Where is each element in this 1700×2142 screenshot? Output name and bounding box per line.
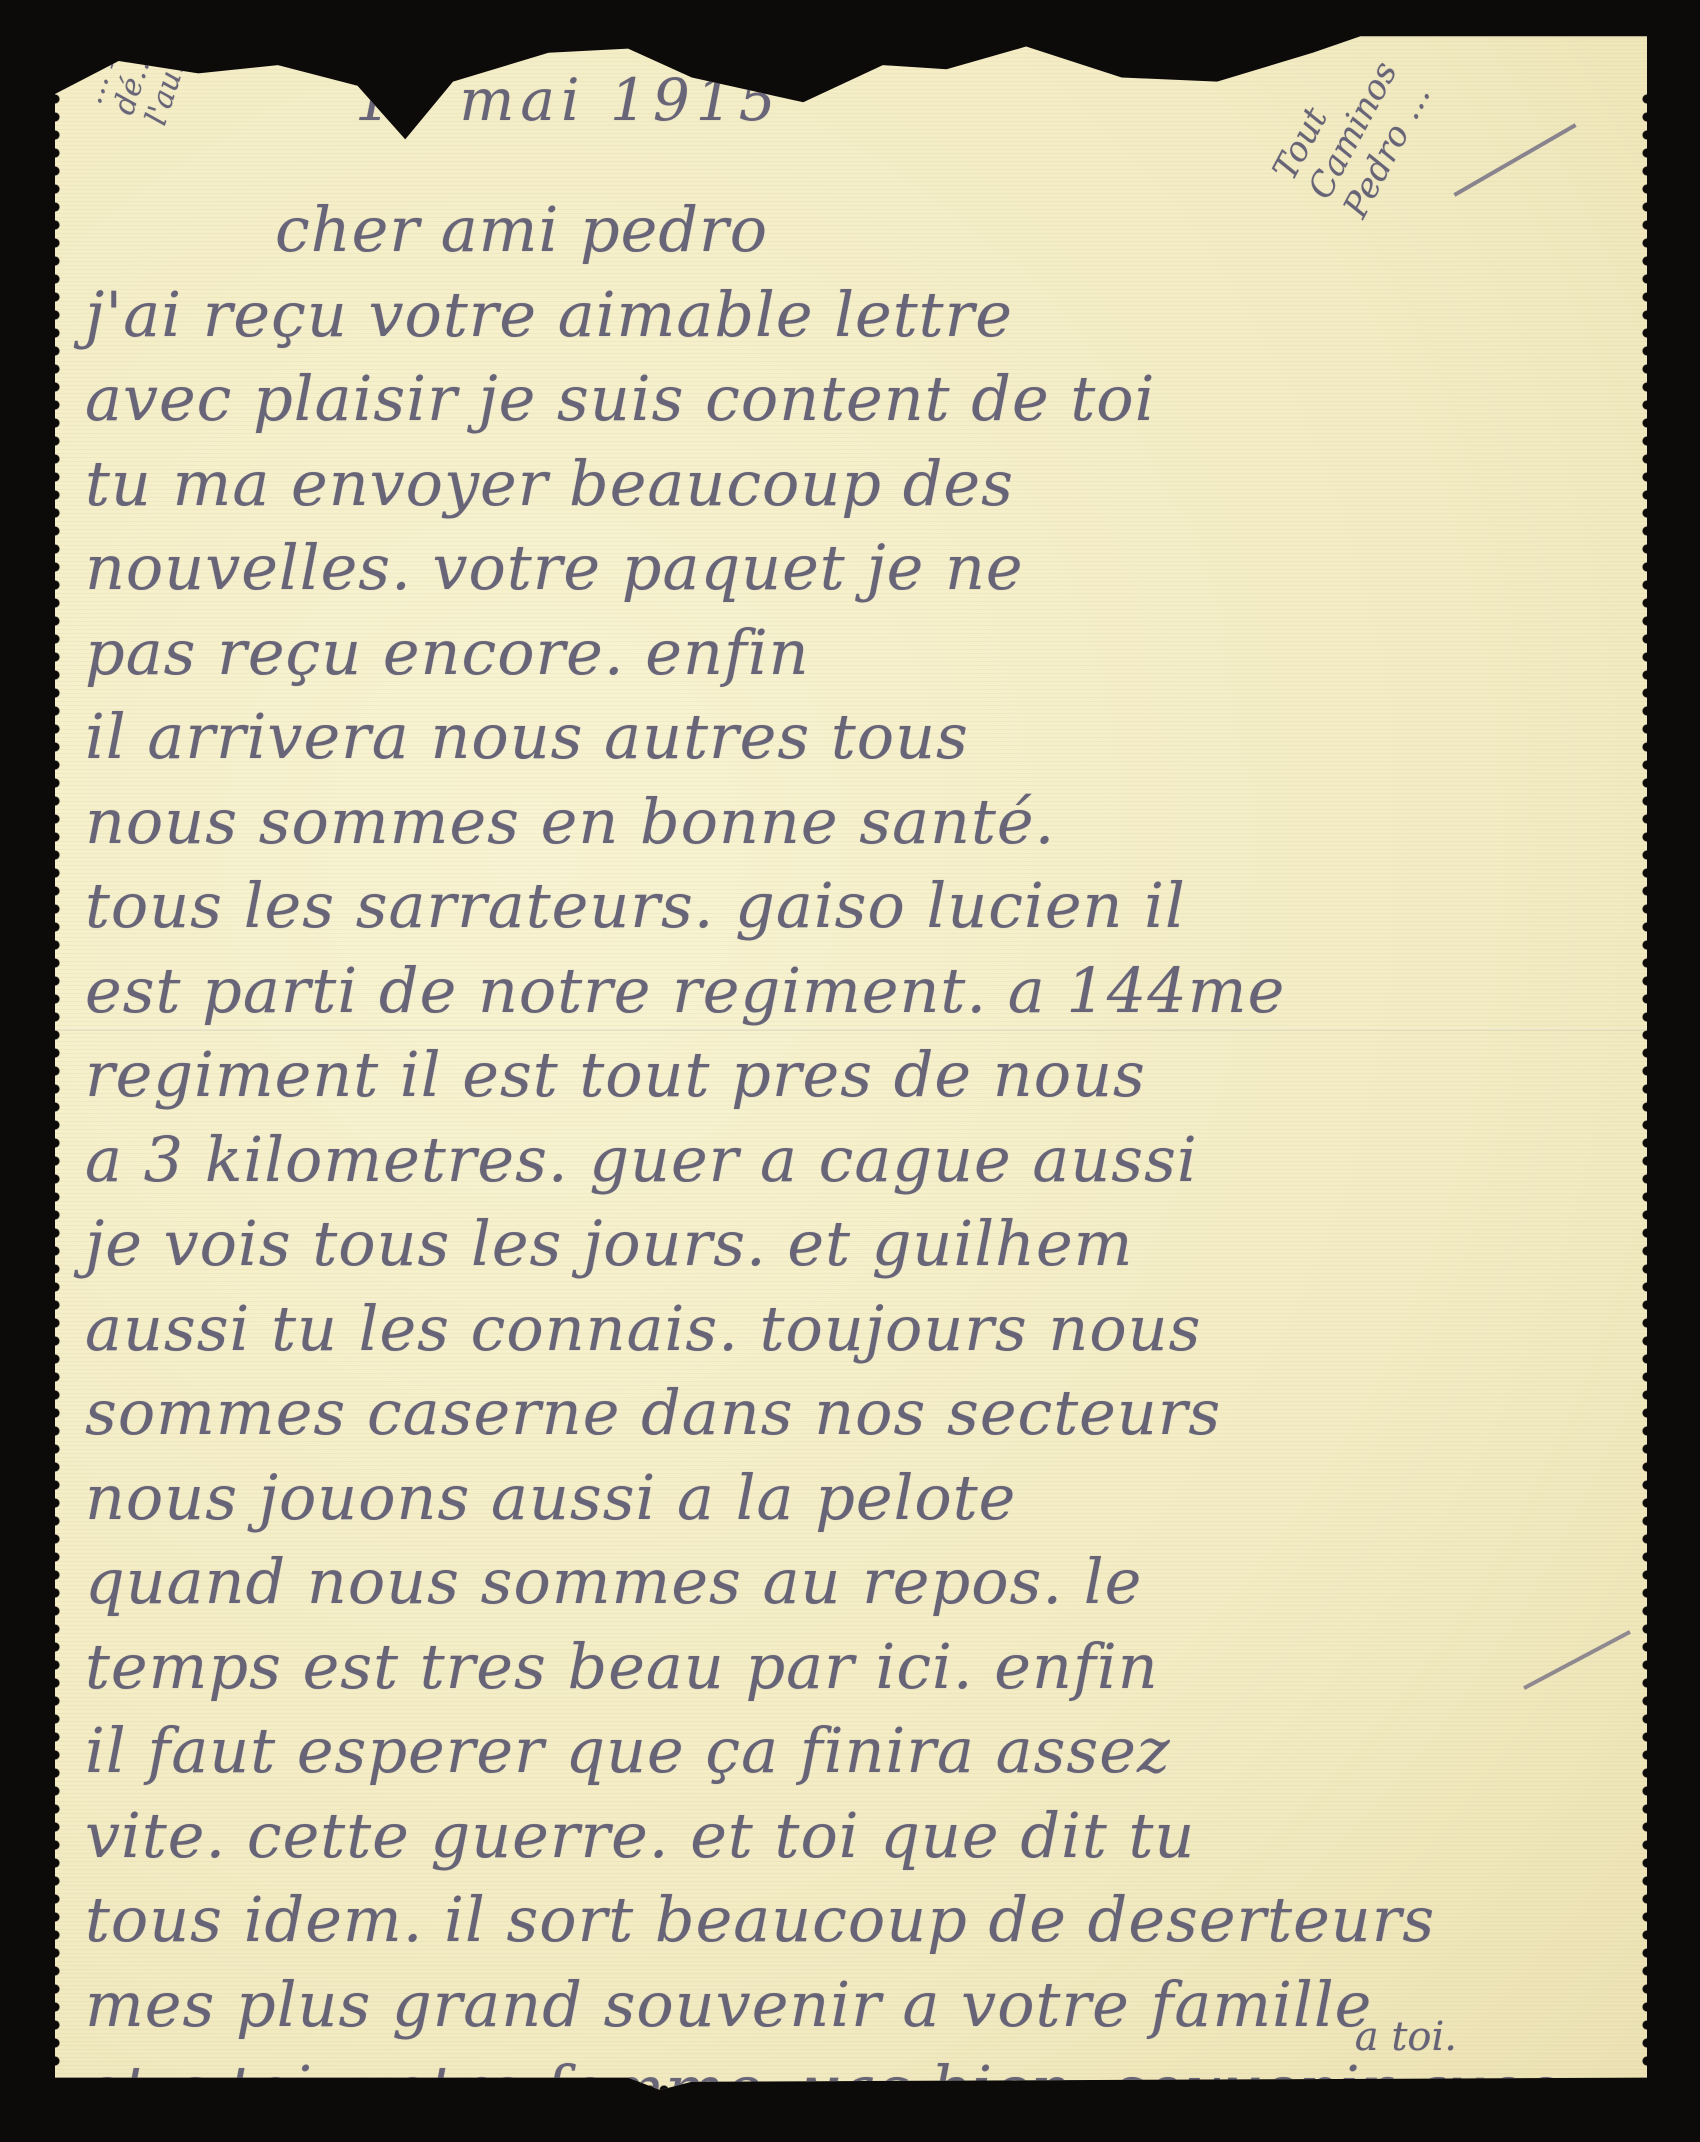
text-line: je vois tous les jours. et guilhem xyxy=(85,1202,1617,1287)
text-line: pas reçu encore. enfin xyxy=(85,611,1617,696)
text-line: a 3 kilometres. guer a cague aussi xyxy=(85,1118,1617,1203)
letter-body: cher ami pedro j'ai reçu votre aimable l… xyxy=(85,188,1617,2132)
text-line: aussi tu les connais. toujours nous xyxy=(85,1287,1617,1372)
text-line: tous les sarrateurs. gaiso lucien il xyxy=(85,864,1617,949)
letter-paper: 1? mai 1915 … Pedro dé… l'au… Tout Camin… xyxy=(55,28,1647,2090)
margin-note-left: … Pedro dé… l'au… xyxy=(75,0,211,130)
text-line: quand nous sommes au repos. le xyxy=(85,1540,1617,1625)
text-line: temps est tres beau par ici. enfin xyxy=(85,1625,1617,1710)
closing-text: a toi. xyxy=(1355,2014,1457,2060)
text-line: est parti de notre regiment. a 144me xyxy=(85,949,1617,1034)
perforated-edge-right xyxy=(1637,90,1647,2070)
text-line: il faut esperer que ça finira assez xyxy=(85,1709,1617,1794)
text-line: nouvelles. votre paquet je ne xyxy=(85,526,1617,611)
text-line: il arrivera nous autres tous xyxy=(85,695,1617,780)
text-line: nous sommes en bonne santé. xyxy=(85,780,1617,865)
text-line: j'ai reçu votre aimable lettre xyxy=(85,273,1617,358)
text-line: avec plaisir je suis content de toi xyxy=(85,357,1617,442)
letter-date: 1? mai 1915 xyxy=(355,66,782,134)
text-line: tous idem. il sort beaucoup de deserteur… xyxy=(85,1878,1617,1963)
text-line: regiment il est tout pres de nous xyxy=(85,1033,1617,1118)
pencil-stroke-mark xyxy=(1453,123,1576,196)
salutation-line: cher ami pedro xyxy=(85,188,1617,273)
text-line: nous jouons aussi a la pelote xyxy=(85,1456,1617,1541)
text-line: vite. cette guerre. et toi que dit tu xyxy=(85,1794,1617,1879)
perforated-edge-left xyxy=(55,90,65,2070)
text-line: sommes caserne dans nos secteurs xyxy=(85,1371,1617,1456)
text-line: tu ma envoyer beaucoup des xyxy=(85,442,1617,527)
